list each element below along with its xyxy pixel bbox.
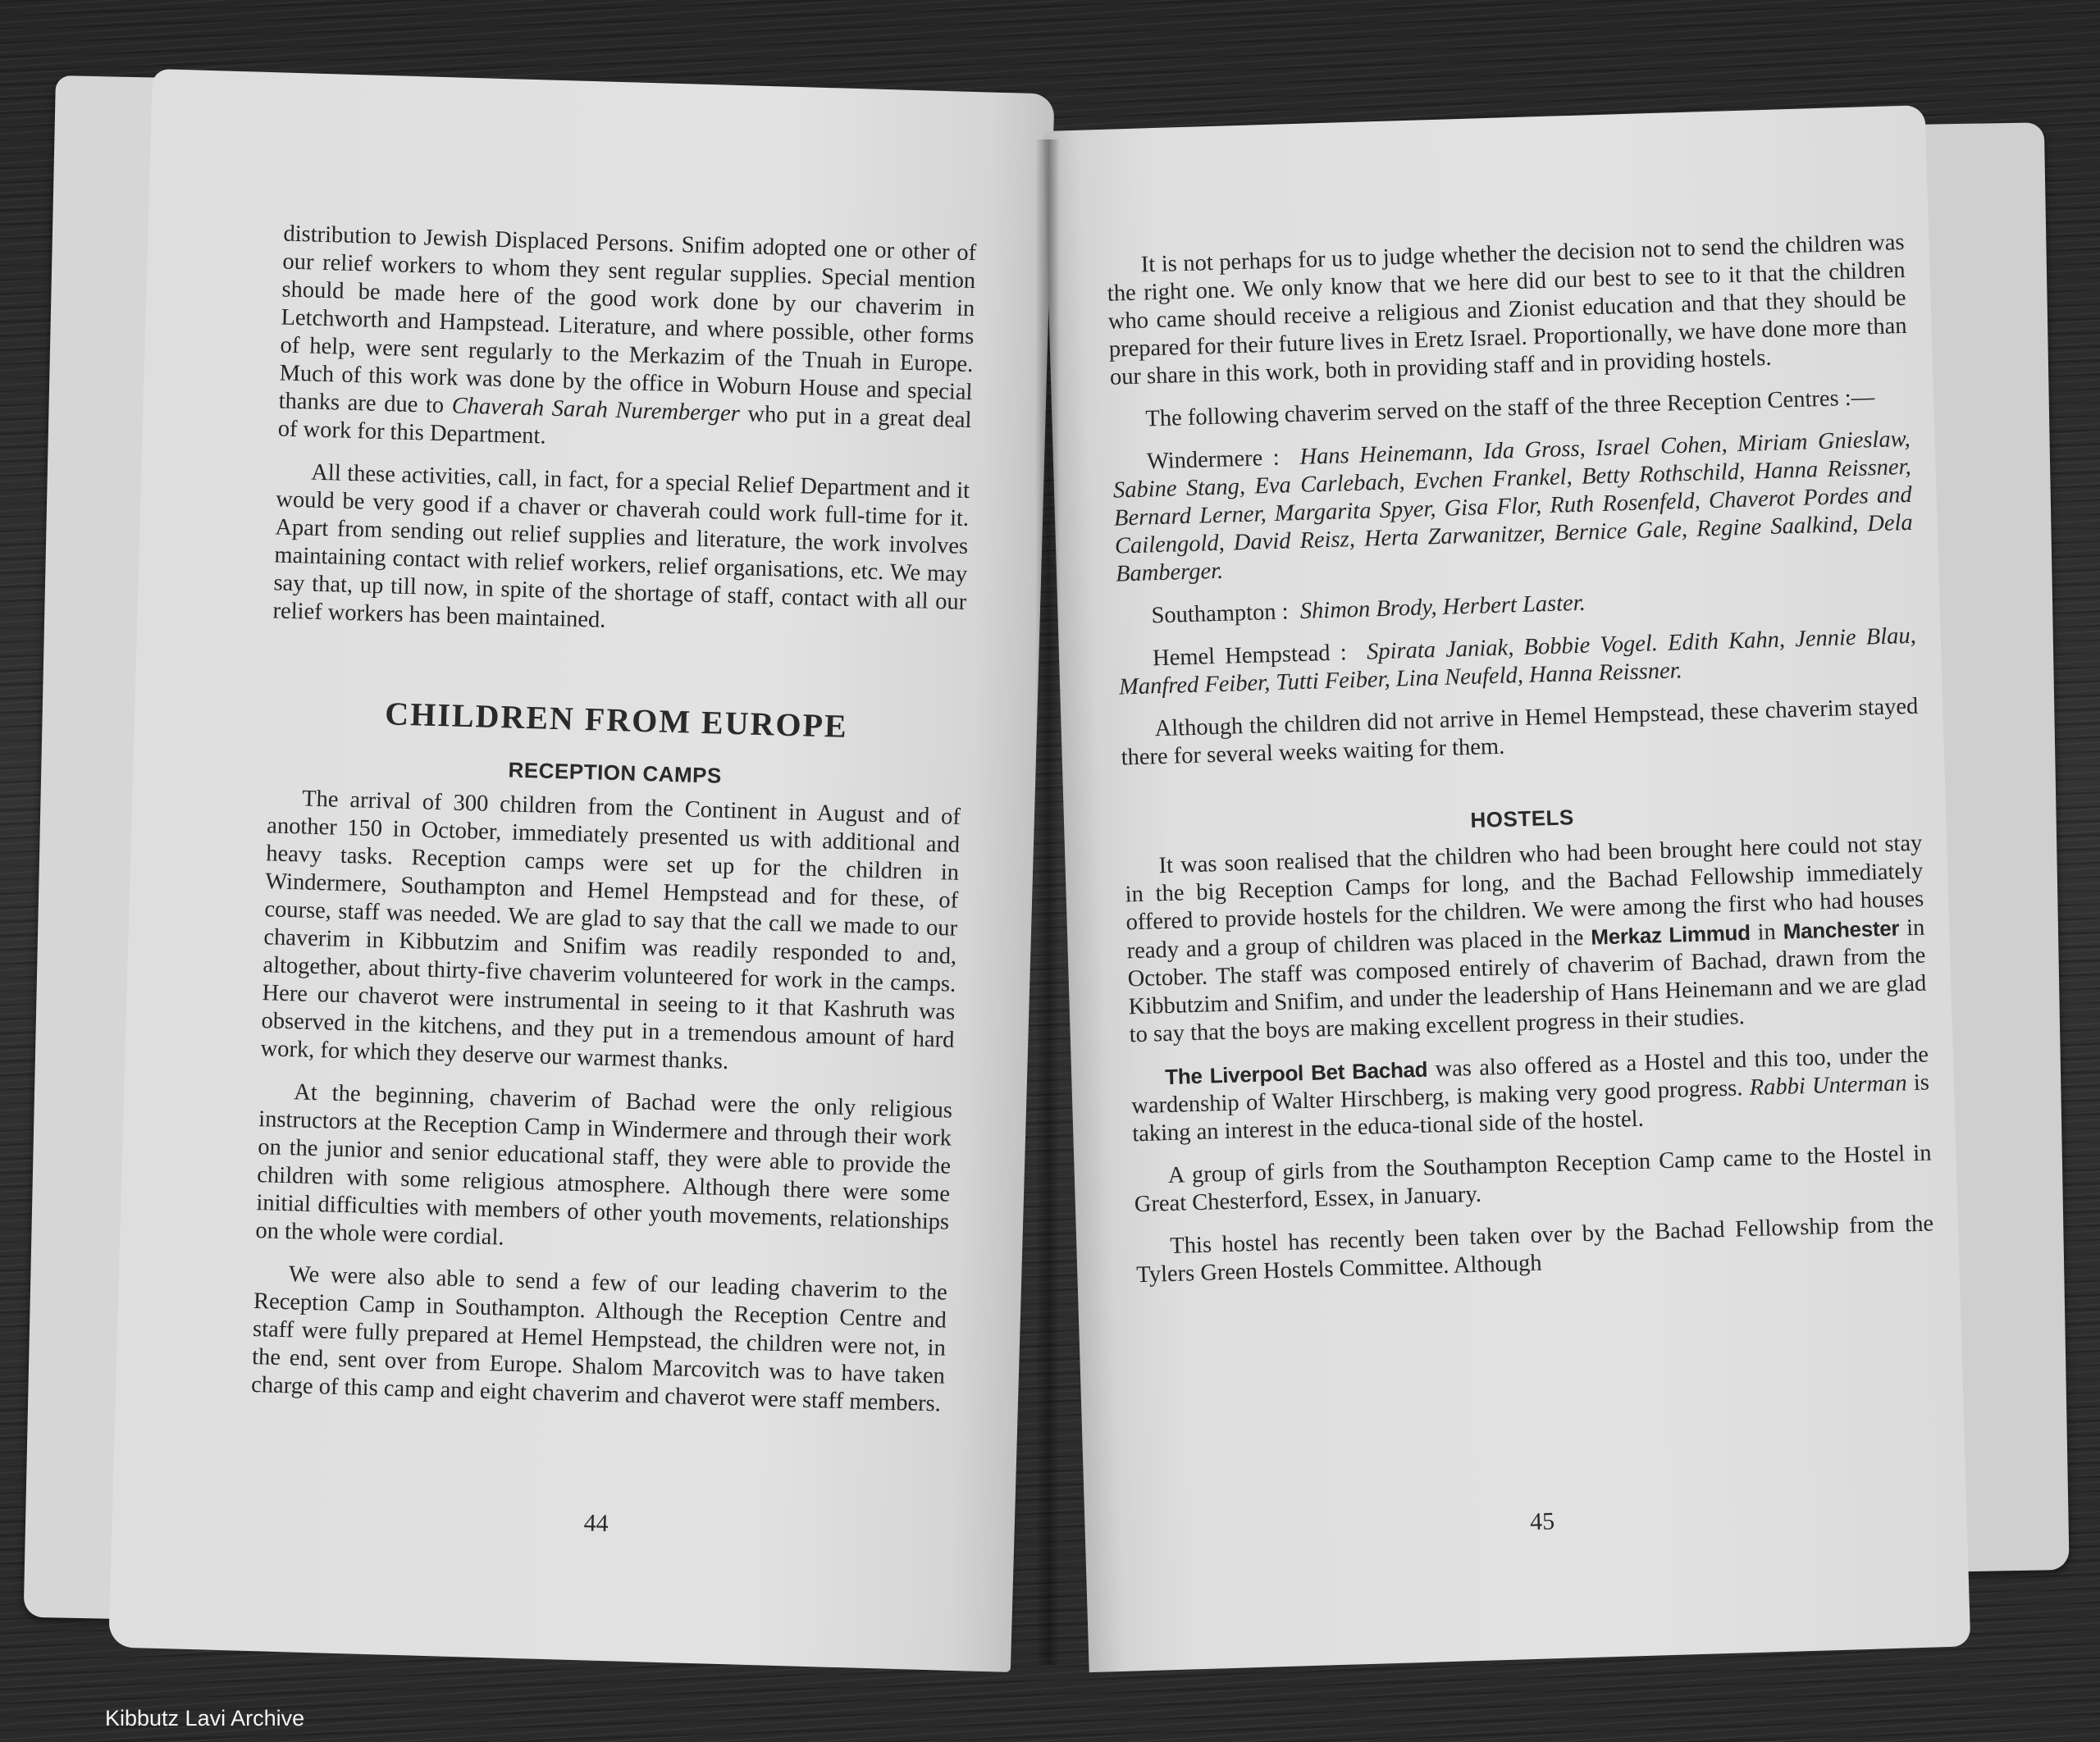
page-number-right: 45 [1084, 1495, 1967, 1549]
staff-list-windermere: Windermere : Hans Heinemann, Ida Gross, … [1112, 426, 1915, 589]
paragraph-beginning: At the beginning, chaverim of Bachad wer… [255, 1078, 952, 1265]
right-page: It is not perhaps for us to judge whethe… [1043, 105, 1970, 1672]
paragraph-decision: It is not perhaps for us to judge whethe… [1106, 229, 1908, 392]
paragraph-hostels-tylers-green: This hostel has recently been taken over… [1135, 1210, 1935, 1289]
staff-list-hemel-hempstead: Hemel Hempstead : Spirata Janiak, Bobbie… [1118, 622, 1918, 702]
page-number-left: 44 [112, 1496, 1015, 1549]
archive-watermark: Kibbutz Lavi Archive [105, 1706, 304, 1731]
staff-list-southampton: Southampton : Shimon Brody, Herbert Last… [1116, 580, 1915, 632]
paragraph-staff-intro: The following chaverim served on the sta… [1111, 383, 1910, 435]
left-page: distribution to Jewish Displaced Persons… [108, 69, 1054, 1672]
paragraph-hostels-manchester: It was soon realised that the children w… [1124, 830, 1928, 1050]
paragraph-relief-department: All these activities, call, in fact, for… [272, 458, 970, 645]
paragraph-arrival: The arrival of 300 children from the Con… [260, 784, 961, 1082]
paragraph-hostels-chesterford: A group of girls from the Southampton Re… [1133, 1139, 1933, 1219]
paragraph-hemel-waiting: Although the children did not arrive in … [1120, 693, 1920, 773]
paragraph-southampton: We were also able to send a few of our l… [251, 1260, 947, 1419]
section-title: CHILDREN FROM EUROPE [270, 691, 964, 749]
paragraph-hostels-liverpool: The Liverpool Bet Bachad was also offere… [1130, 1040, 1931, 1148]
paragraph-relief-distribution: distribution to Jewish Displaced Persons… [277, 221, 976, 463]
